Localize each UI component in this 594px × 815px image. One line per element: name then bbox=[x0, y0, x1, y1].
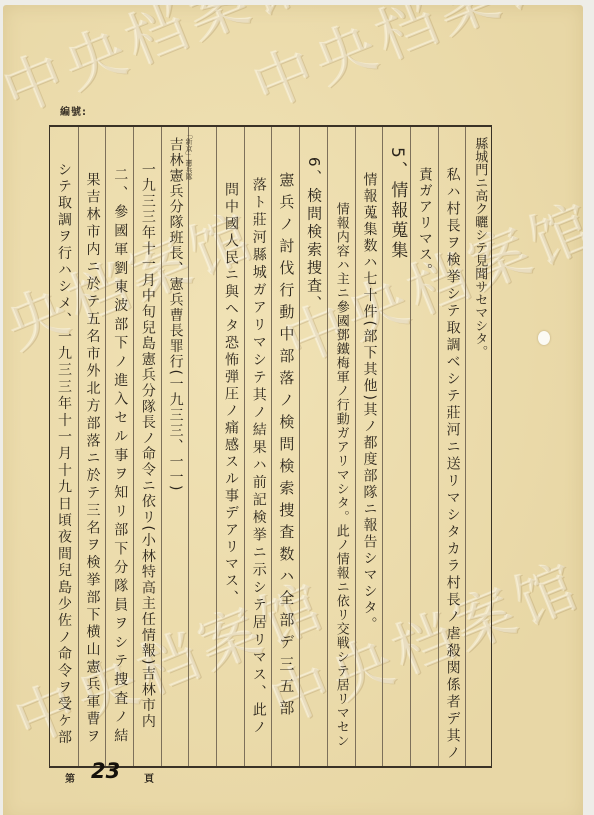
manuscript-column: 憲兵ノ討伐行動中部落ノ検問検索捜査数ハ全部デ三五部 bbox=[271, 127, 299, 766]
manuscript-column: 情報蒐集数ハ七十件(部下其他)其ノ都度部隊ニ報告シマシタ。 bbox=[355, 127, 383, 766]
manuscript-column: 吉林憲兵分隊班長、憲兵曹長罪行(一九三三、一一) bbox=[161, 127, 189, 766]
section-heading: 5、情報蒐集 bbox=[383, 147, 410, 261]
watermark: 中央档案馆 bbox=[3, 5, 327, 131]
column-text: 責ガアリマス。 bbox=[411, 167, 438, 279]
column-text: 問中國人民ニ與ヘタ恐怖弾圧ノ痛感スル事デアリマス、 bbox=[217, 182, 244, 607]
manuscript-grid: 縣城門ニ高ク曬シテ見聞サセマシタ。 私ハ村長ヲ検挙シテ取調ベシテ莊河ニ送リマシタ… bbox=[49, 125, 492, 768]
column-text: 果吉林市内ニ於テ五名市外北方部落ニ於テ三名ヲ検挙部下横山憲兵軍曹ヲ bbox=[79, 172, 106, 746]
manuscript-column: 縣城門ニ高ク曬シテ見聞サセマシタ。 bbox=[465, 127, 493, 766]
manuscript-column: 果吉林市内ニ於テ五名市外北方部落ニ於テ三名ヲ検挙部下横山憲兵軍曹ヲ bbox=[78, 127, 106, 766]
document-page: 中央档案馆 中央档案馆 中央档案馆 中央档案馆 中央档案馆 中央档案馆 編號: … bbox=[3, 5, 583, 815]
page-number-value: 23 bbox=[91, 759, 120, 783]
manuscript-column: シテ取調ヲ行ハシメ、一九三三年十一月十九日頃夜間兒島少佐ノ命令ヲ受ケ部 bbox=[50, 127, 78, 766]
column-text: 一九三三年十一月中旬兒島憲兵分隊長ノ命令ニ依リ(小林特高主任情報)吉林市内 bbox=[134, 162, 161, 730]
column-text: 縣城門ニ高ク曬シテ見聞サセマシタ。 bbox=[466, 137, 493, 358]
manuscript-column: 落ト莊河縣城ガアリマシテ其ノ結果ハ前記検挙ニ示シテ居リマス、此ノ bbox=[244, 127, 272, 766]
column-text: 吉林憲兵分隊班長、憲兵曹長罪行(一九三三、一一) bbox=[162, 137, 189, 492]
manuscript-column: 責ガアリマス。 bbox=[410, 127, 438, 766]
page-prefix: 第 bbox=[65, 770, 75, 785]
section-heading: 6、検問検索捜査、 bbox=[300, 157, 327, 314]
column-text: 憲兵ノ討伐行動中部落ノ検問検索捜査数ハ全部デ三五部 bbox=[272, 172, 299, 722]
manuscript-column: 二、參國軍劉東波部下ノ進入セル事ヲ知リ部下分隊員ヲシテ捜査ノ結 bbox=[105, 127, 133, 766]
punch-hole bbox=[538, 331, 550, 345]
manuscript-column: 問中國人民ニ與ヘタ恐怖弾圧ノ痛感スル事デアリマス、 bbox=[216, 127, 244, 766]
manuscript-column bbox=[188, 127, 216, 766]
column-text: 落ト莊河縣城ガアリマシテ其ノ結果ハ前記検挙ニ示シテ居リマス、此ノ bbox=[245, 177, 272, 737]
column-text: 二、參國軍劉東波部下ノ進入セル事ヲ知リ部下分隊員ヲシテ捜査ノ結 bbox=[106, 167, 133, 747]
margin-annotation: 「新京」憲兵隊 bbox=[184, 131, 193, 180]
manuscript-column: 情報内容ハ主ニ參國鄧鐵梅軍ノ行動ガアリマシタ。此ノ情報ニ依リ交戦シテ居リマセン bbox=[327, 127, 355, 766]
manuscript-column: 私ハ村長ヲ検挙シテ取調ベシテ莊河ニ送リマシタカラ村長ノ虐殺関係者デ其ノ bbox=[438, 127, 466, 766]
manuscript-column: 一九三三年十一月中旬兒島憲兵分隊長ノ命令ニ依リ(小林特高主任情報)吉林市内 bbox=[133, 127, 161, 766]
column-text: 情報蒐集数ハ七十件(部下其他)其ノ都度部隊ニ報告シマシタ。 bbox=[356, 172, 383, 633]
column-text: 私ハ村長ヲ検挙シテ取調ベシテ莊河ニ送リマシタカラ村長ノ虐殺関係者デ其ノ bbox=[439, 167, 466, 762]
manuscript-column: 6、検問検索捜査、 bbox=[299, 127, 327, 766]
watermark: 中央档案馆 bbox=[239, 5, 577, 126]
column-text: 情報内容ハ主ニ參國鄧鐵梅軍ノ行動ガアリマシタ。此ノ情報ニ依リ交戦シテ居リマセン bbox=[328, 202, 355, 748]
document-number-label: 編號: bbox=[60, 103, 87, 118]
manuscript-column: 5、情報蒐集 bbox=[382, 127, 410, 766]
column-text: シテ取調ヲ行ハシメ、一九三三年十一月十九日頃夜間兒島少佐ノ命令ヲ受ケ部 bbox=[50, 162, 77, 747]
page-suffix: 頁 bbox=[144, 770, 154, 785]
